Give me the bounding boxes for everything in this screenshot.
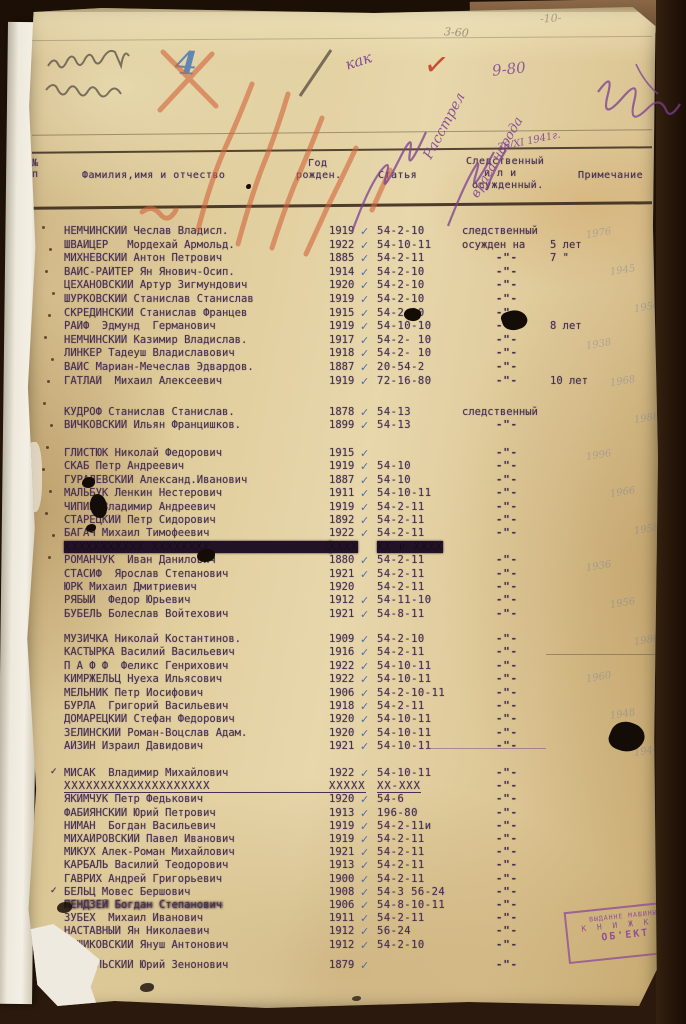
- row-status: следственный: [462, 406, 562, 418]
- table-row: МИКУХ Алек-Роман Михайлович1921✓54-2-11-…: [26, 846, 658, 859]
- table-row: МУЗИЧКА Николай Костантинов.1909✓54-2-10…: [26, 633, 658, 646]
- row-checkmark: ✓: [360, 807, 369, 820]
- row-birth-year: 1922: [329, 239, 354, 251]
- row-name: СКАБ Петр Андреевич: [64, 460, 332, 472]
- row-birth-year: 1906: [329, 687, 354, 699]
- row-article: 54-2-11: [377, 514, 425, 526]
- row-checkmark: ✓: [360, 633, 369, 646]
- row-article: 54-13: [377, 406, 411, 418]
- row-status: -"-: [462, 820, 596, 832]
- row-checkmark: ✓: [360, 700, 369, 713]
- row-article: 54-10-11: [377, 767, 432, 779]
- row-name: МИХНЕВСКИЙ Антон Петрович: [64, 252, 332, 264]
- table-row: ✓БЕЛЬЦ Мовес Бершович1908✓54-3 56-24-"-: [26, 886, 658, 899]
- table-row: КИМРЖЕЛЬЦ Нуеха Ильясович1922✓54-10-11-"…: [26, 673, 658, 686]
- row-status: -"-: [462, 608, 596, 620]
- row-checkmark: ✓: [360, 361, 369, 374]
- row-article: 54-2-10: [377, 266, 425, 278]
- archival-photo: № п Фамилия,имя и отчество Год рожден. С…: [0, 0, 686, 1024]
- table-row: НЕМЧИНСКИЙ Казимир Владислав.1917✓54-2- …: [26, 334, 658, 347]
- row-status: -"-: [462, 633, 596, 645]
- row-checkmark: ✓: [360, 886, 369, 899]
- row-article: 54-11-10: [377, 594, 432, 606]
- row-birth-year: 1922: [329, 673, 354, 685]
- margin-dot: [45, 512, 48, 515]
- row-article: 54-10-11: [377, 727, 432, 739]
- row-article: 54-2-11: [377, 700, 425, 712]
- table-row: БАГАЧ Михаил Тимофеевич1922✓54-2-11-"-: [26, 527, 658, 540]
- table-row: ФАБИЯНСКИЙ Юрий Петрович1913✓196-80-"-: [26, 807, 658, 820]
- table-row: СТАРЕЦКИЙ Петр Сидорович1892✓54-2-11-"-: [26, 514, 658, 527]
- row-name: КАСТЫРКА Василий Васильевич: [64, 646, 332, 658]
- row-birth-year: 1913: [329, 807, 354, 819]
- row-status: осужден на: [462, 239, 562, 251]
- row-article: 54-2-11: [377, 912, 425, 924]
- row-article: 54-2-11: [377, 527, 425, 539]
- purple-handwriting-number: 9-80: [491, 58, 526, 79]
- row-status: -"-: [462, 334, 596, 346]
- table-row: ЗЕЛИНСКИЙ Роман-Воцслав Адам.1920✓54-10-…: [26, 727, 658, 740]
- row-article: 54-2-10: [377, 225, 425, 237]
- row-birth-year: 1922: [329, 767, 354, 779]
- row-birth-year: 1921: [329, 568, 354, 580]
- row-status: -"-: [462, 673, 596, 685]
- row-checkmark: ✓: [360, 660, 369, 673]
- blue-pencil-number: 4: [174, 43, 199, 82]
- row-birth-year: 1916: [329, 646, 354, 658]
- row-name: ПЕНДЗЕЙ Богдан Степанович: [64, 899, 332, 911]
- row-article: 54-2- 10: [377, 347, 432, 359]
- table-row: НАСТАВНЫЙ Ян Николаевич1912✓56-24-"-: [26, 925, 658, 938]
- row-status: -"-: [462, 460, 596, 472]
- row-name: ШВАЙЦЕР Мордехай Армольд.: [64, 239, 332, 251]
- row-article: 54-10-11: [377, 660, 432, 672]
- table-row: ДИШИКОВСКИЙ Януш Антонович1912✓54-2-10-"…: [26, 939, 658, 952]
- table-row: ЛИНКЕР Тадеуш Владиславович1918✓54-2- 10…: [26, 347, 658, 360]
- row-article: 54-2-10-11: [377, 687, 445, 699]
- table-row: БУБЕЛЬ Болеслав Войтехович1921✓54-8-11-"…: [26, 608, 658, 621]
- table-row: ГАТЛАЙ Михаил Алексеевич1919✓72-16-80-"-…: [26, 375, 658, 388]
- row-name: КУДРОФ Станислав Станислав.: [64, 406, 332, 418]
- row-name: МИХАЙРОВСКИЙ Павел Иванович: [64, 833, 332, 845]
- margin-dot: [50, 424, 53, 427]
- row-name: ГАТЛАЙ Михаил Алексеевич: [64, 375, 332, 387]
- row-name: БЕЛЬЦ Мовес Бершович: [64, 886, 332, 898]
- row-checkmark: ✓: [360, 740, 369, 753]
- row-status: -"-: [462, 307, 596, 319]
- row-name: ЗЕЛИНСКИЙ Роман-Воцслав Адам.: [64, 727, 332, 739]
- table-row: КАСТЫРКА Василий Васильевич1916✓54-2-11-…: [26, 646, 658, 659]
- table-row: ЯКИМЧУК Петр Федькович1920✓54-6-"-: [26, 793, 658, 806]
- table-row: СКРЕДИНСКИЙ Станислав Францев1915✓54-2-1…: [26, 307, 658, 320]
- ink-blot: [90, 494, 107, 518]
- row-article: 54-2-11и: [377, 820, 432, 832]
- row-article: 54-2-11: [377, 646, 425, 658]
- col-header-number: № п: [32, 158, 39, 180]
- row-name: НИМАН Богдан Васильевич: [64, 820, 332, 832]
- row-name: ЛИНКЕР Тадеуш Владиславович: [64, 347, 332, 359]
- row-checkmark: ✓: [360, 925, 369, 938]
- row-birth-year: 1918: [329, 700, 354, 712]
- row-status: -"-: [462, 527, 596, 539]
- table-row: ✓МИСАК Владимир Михайлович1922✓54-10-11-…: [26, 767, 658, 780]
- row-name: МЕЛЬНИК Петр Иосифович: [64, 687, 332, 699]
- row-birth-year: 1911: [329, 912, 354, 924]
- row-status: -"-: [462, 780, 596, 792]
- row-checkmark: ✓: [360, 820, 369, 833]
- row-checkmark: ✓: [360, 833, 369, 846]
- margin-dot: [48, 556, 51, 559]
- row-status: -"-: [462, 687, 596, 699]
- row-note: 7 ": [550, 252, 645, 264]
- row-birth-year: 1920: [329, 581, 354, 593]
- row-birth-year: 1912: [329, 594, 354, 606]
- table-row: КАРБАЛЬ Василий Теодорович1913✓54-2-11-"…: [26, 859, 658, 872]
- backdrop-right: [656, 0, 686, 1024]
- row-article: 54-2-11: [377, 568, 425, 580]
- row-name: МИСАК Владимир Михайлович: [64, 767, 332, 779]
- row-status: -"-: [462, 899, 596, 911]
- table-row: МАЛЬБУК Ленкин Нестерович1911✓54-10-11-"…: [26, 487, 658, 500]
- row-birth-year: ХХХХ: [329, 541, 358, 553]
- row-birth-year: 1899: [329, 419, 354, 431]
- row-article: 54-10-11: [377, 673, 432, 685]
- row-checkmark: ✓: [360, 347, 369, 360]
- row-checkmark: ✓: [360, 419, 369, 432]
- row-article: 54-10-11: [377, 487, 432, 499]
- pencil-line: [546, 654, 656, 655]
- table-row: П А Ф Ф Феликс Генрихович1922✓54-10-11-"…: [26, 660, 658, 673]
- row-checkmark: ✓: [360, 767, 369, 780]
- row-birth-year: 1887: [329, 474, 354, 486]
- row-article: 54-2-10: [377, 633, 425, 645]
- row-name: КАРБАЛЬ Василий Теодорович: [64, 859, 332, 871]
- row-article: 54-10-11: [377, 740, 432, 752]
- row-birth-year: 1913: [329, 859, 354, 871]
- row-checkmark: ✓: [360, 501, 369, 514]
- row-name: БУБЕЛЬ Болеслав Войтехович: [64, 608, 332, 620]
- row-status: -"-: [462, 474, 596, 486]
- purple-line: [426, 748, 546, 749]
- row-birth-year: 1922: [329, 660, 354, 672]
- margin-dot: [42, 468, 45, 471]
- table-row: ЮРК Михаил Дмитриевич192054-2-11-"-: [26, 581, 658, 594]
- row-name: РЯБЫЙ Федор Юрьевич: [64, 594, 332, 606]
- row-birth-year: 1920: [329, 793, 354, 805]
- row-status: -"-: [462, 594, 596, 606]
- row-status: -"-: [462, 886, 596, 898]
- row-birth-year: 1892: [329, 514, 354, 526]
- table-row: ШВАЙЦЕР Мордехай Армольд.1922✓54-10-11ос…: [26, 239, 658, 252]
- row-checkmark: ✓: [360, 375, 369, 388]
- table-row: ШУРКОВСКИЙ Станислав Станислав1919✓54-2-…: [26, 293, 658, 306]
- red-checkmark: ✓: [422, 46, 452, 84]
- table-row: РАЙФ Эдмунд Германович1919✓54-10-10-"-8 …: [26, 320, 658, 333]
- row-article: 54-8-11: [377, 608, 425, 620]
- row-article: 54-2-11: [377, 554, 425, 566]
- row-name: ЗУБЕХ Михаил Иванович: [64, 912, 332, 924]
- row-checkmark: ✓: [360, 447, 369, 460]
- table-row: КУДРОФ Станислав Станислав.1878✓54-13сле…: [26, 406, 658, 419]
- row-name: ХХХХХХХХХХХХХХХХХХХХ: [64, 780, 332, 793]
- margin-dot: [47, 380, 50, 383]
- row-status: -"-: [462, 873, 596, 885]
- row-birth-year: 1919: [329, 460, 354, 472]
- row-article: 54-2-10: [377, 279, 425, 291]
- row-checkmark: ✓: [360, 594, 369, 607]
- row-name: СТАСИФ Ярослав Степанович: [64, 568, 332, 580]
- margin-dot: [44, 336, 47, 339]
- row-checkmark: ✓: [360, 959, 369, 972]
- row-status: -"-: [462, 727, 596, 739]
- table-row: РЯБЫЙ Федор Юрьевич1912✓54-11-10-"-: [26, 594, 658, 607]
- row-article: 54-10: [377, 460, 411, 472]
- row-precheck: ✓: [50, 767, 58, 777]
- table-row: ВАЙС-РАЙТЕР Ян Янович-Осип.1914✓54-2-10-…: [26, 266, 658, 279]
- row-birth-year: 1915: [329, 447, 354, 459]
- row-status: -"-: [462, 859, 596, 871]
- row-name: ЯКИМЧУК Петр Федькович: [64, 793, 332, 805]
- row-checkmark: ✓: [360, 239, 369, 252]
- row-checkmark: ✓: [360, 873, 369, 886]
- row-checkmark: ✓: [360, 487, 369, 500]
- margin-dot: [46, 446, 49, 449]
- row-name: ЮРК Михаил Дмитриевич: [64, 581, 332, 593]
- pencil-note-2: -10-: [540, 11, 562, 25]
- table-row: ПЕНДЗЕЙ Богдан Степанович1906✓54-8-10-11…: [26, 899, 658, 912]
- row-status: -"-: [462, 293, 596, 305]
- row-birth-year: 1919: [329, 225, 354, 237]
- row-article: 54-10-11: [377, 239, 432, 251]
- table-row: МИХАЙРОВСКИЙ Павел Иванович1919✓54-2-11-…: [26, 833, 658, 846]
- table-row: БУРЛА Григорий Васильевич1918✓54-2-11-"-: [26, 700, 658, 713]
- row-birth-year: 1912: [329, 939, 354, 951]
- row-birth-year: 1919: [329, 320, 354, 332]
- row-checkmark: ✓: [360, 527, 369, 540]
- row-status: -"-: [462, 807, 596, 819]
- row-name: ФАБИЯНСКИЙ Юрий Петрович: [64, 807, 332, 819]
- row-name: ВАЙС Мариан-Мечеслав Эдвардов.: [64, 361, 332, 373]
- row-checkmark: ✓: [360, 334, 369, 347]
- row-birth-year: 1915: [329, 307, 354, 319]
- row-name: СТРЖЕЛЬСКИЙ Юрий Зенонович: [64, 959, 332, 971]
- row-birth-year: 1919: [329, 501, 354, 513]
- row-name: ЦЕХАНОВСКИЙ Артур Зигмундович: [64, 279, 332, 291]
- row-birth-year: 1922: [329, 527, 354, 539]
- row-status: -"-: [462, 793, 596, 805]
- col-header-article: Статья: [378, 170, 417, 181]
- row-status: -"-: [462, 266, 596, 278]
- row-article: 54-3 56-24: [377, 886, 445, 898]
- row-status: -"-: [462, 487, 596, 499]
- row-birth-year: 1919: [329, 820, 354, 832]
- row-name: ГАВРИХ Андрей Григорьевич: [64, 873, 332, 885]
- table-row: ЦЕХАНОВСКИЙ Артур Зигмундович1920✓54-2-1…: [26, 279, 658, 292]
- row-name: ХХХХХХХХХХХ ХХХХХХХХ: [64, 541, 332, 553]
- row-birth-year: 1908: [329, 886, 354, 898]
- margin-dot: [42, 226, 45, 229]
- row-name: ГЛИСТЮК Николай Федорович: [64, 447, 332, 459]
- table-row: ЧИПИК Владимир Андреевич1919✓54-2-11-"-: [26, 501, 658, 514]
- row-checkmark: ✓: [360, 474, 369, 487]
- row-checkmark: ✓: [360, 460, 369, 473]
- row-birth-year: 1878: [329, 406, 354, 418]
- row-name: НАСТАВНЫЙ Ян Николаевич: [64, 925, 332, 937]
- row-name: КИМРЖЕЛЬЦ Нуеха Ильясович: [64, 673, 332, 685]
- row-birth-year: 1909: [329, 633, 354, 645]
- row-precheck: ✓: [50, 886, 58, 896]
- row-checkmark: ✓: [360, 608, 369, 621]
- row-status: следственный: [462, 225, 562, 237]
- row-birth-year: 1919: [329, 833, 354, 845]
- document-page: № п Фамилия,имя и отчество Год рожден. С…: [26, 6, 658, 1010]
- row-checkmark: ✓: [360, 252, 369, 265]
- row-article: 54-10-11: [377, 713, 432, 725]
- row-status: -"-: [462, 279, 596, 291]
- row-name: НЕМЧИНСКИЙ Казимир Владислав.: [64, 334, 332, 346]
- row-birth-year: 1917: [329, 334, 354, 346]
- row-article: 54-13: [377, 419, 411, 431]
- row-checkmark: ✓: [360, 912, 369, 925]
- row-checkmark: ✓: [360, 225, 369, 238]
- row-status: -"-: [462, 419, 596, 431]
- row-checkmark: ✓: [360, 320, 369, 333]
- row-status: -"-: [462, 554, 596, 566]
- row-status: -"-: [462, 361, 596, 373]
- row-status: -"-: [462, 767, 596, 779]
- col-header-note: Примечание: [578, 170, 643, 181]
- row-article: 54-2-11: [377, 859, 425, 871]
- row-article: 54-2- 10: [377, 334, 432, 346]
- row-birth-year: 1919: [329, 375, 354, 387]
- row-note: 8 лет: [550, 320, 645, 332]
- row-birth-year: 1920: [329, 713, 354, 725]
- row-birth-year: 1921: [329, 608, 354, 620]
- table-row: ВИЧКОВСКИЙ Ильян Францишков.1899✓54-13-"…: [26, 419, 658, 432]
- table-row: ГЛИСТЮК Николай Федорович1915✓-"-: [26, 447, 658, 460]
- header-rule-bottom: [32, 201, 652, 209]
- row-birth-year: ХХХХХ: [329, 780, 366, 793]
- row-name: ШУРКОВСКИЙ Станислав Станислав: [64, 293, 332, 305]
- row-checkmark: ✓: [360, 727, 369, 740]
- row-name: СКРЕДИНСКИЙ Станислав Францев: [64, 307, 332, 319]
- row-name: РАЙФ Эдмунд Германович: [64, 320, 332, 332]
- row-article: 196-80: [377, 807, 418, 819]
- row-status: -"-: [462, 846, 596, 858]
- row-article: 54-2-11: [377, 833, 425, 845]
- row-status: -"-: [462, 501, 596, 513]
- row-name: АЙЗИН Израил Давидович: [64, 740, 332, 752]
- row-checkmark: ✓: [360, 307, 369, 320]
- pencil-note-1: 3-60: [444, 25, 470, 40]
- table-row: СКАБ Петр Андреевич1919✓54-10-"-: [26, 460, 658, 473]
- row-birth-year: 1879: [329, 959, 354, 971]
- row-checkmark: ✓: [360, 554, 369, 567]
- table-row: НИМАН Богдан Васильевич1919✓54-2-11и-"-: [26, 820, 658, 833]
- row-article: 54-2-11: [377, 846, 425, 858]
- table-row: МИХНЕВСКИЙ Антон Петрович1885✓54-2-11-"-…: [26, 252, 658, 265]
- row-checkmark: ✓: [360, 846, 369, 859]
- row-birth-year: 1920: [329, 279, 354, 291]
- table-row: АЙЗИН Израил Давидович1921✓54-10-11-"-: [26, 740, 658, 753]
- margin-dot: [52, 534, 55, 537]
- col-header-name: Фамилия,имя и отчество: [82, 170, 225, 181]
- row-article: 54-10: [377, 474, 411, 486]
- row-article: 54-8-10-11: [377, 899, 445, 911]
- row-name: ДИШИКОВСКИЙ Януш Антонович: [64, 939, 332, 951]
- row-name: МУЗИЧКА Николай Костантинов.: [64, 633, 332, 645]
- row-checkmark: ✓: [360, 713, 369, 726]
- row-name: ДОМАРЕЦКИЙ Стефан Федорович: [64, 713, 332, 725]
- row-article: 54-2-11: [377, 501, 425, 513]
- row-birth-year: 1885: [329, 252, 354, 264]
- row-note: 5 лет: [550, 239, 645, 251]
- row-status: -"-: [462, 740, 596, 752]
- row-checkmark: ✓: [360, 793, 369, 806]
- row-name: БАГАЧ Михаил Тимофеевич: [64, 527, 332, 539]
- row-birth-year: 1921: [329, 740, 354, 752]
- margin-dot: [49, 248, 52, 251]
- row-article: 54-2-11: [377, 873, 425, 885]
- row-checkmark: ✓: [360, 514, 369, 527]
- row-birth-year: 1880: [329, 554, 354, 566]
- table-row: СТРЖЕЛЬСКИЙ Юрий Зенонович1879✓-"-: [26, 959, 658, 972]
- table-row: НЕМЧИНСКИЙ Чеслав Владисл.1919✓54-2-10сл…: [26, 225, 658, 238]
- row-article: 72-16-80: [377, 375, 432, 387]
- row-article: 54-2-10: [377, 293, 425, 305]
- row-checkmark: ✓: [360, 939, 369, 952]
- row-name: БУРЛА Григорий Васильевич: [64, 700, 332, 712]
- row-article: 20-54-2: [377, 361, 425, 373]
- margin-dot: [49, 490, 52, 493]
- row-status: -"-: [462, 833, 596, 845]
- margin-dot: [45, 270, 48, 273]
- row-checkmark: ✓: [360, 899, 369, 912]
- row-article: ХХ и ХХХХ: [377, 541, 443, 553]
- row-article: 54-6: [377, 793, 404, 805]
- row-name: НЕМЧИНСКИЙ Чеслав Владисл.: [64, 225, 332, 237]
- row-birth-year: 1912: [329, 925, 354, 937]
- row-checkmark: ✓: [360, 646, 369, 659]
- row-name: П А Ф Ф Феликс Генрихович: [64, 660, 332, 672]
- row-status: -"-: [462, 568, 596, 580]
- table-row: ХХХХХХХХХХХХХХХХХХХХХХХХХХХ-ХХХ-"-: [26, 780, 658, 793]
- table-row: ВАЙС Мариан-Мечеслав Эдвардов.1887✓20-54…: [26, 361, 658, 374]
- row-name: ВИЧКОВСКИЙ Ильян Францишков.: [64, 419, 332, 431]
- row-article: ХХ-ХХХ: [377, 780, 421, 793]
- row-status: -"-: [462, 347, 596, 359]
- table-row: ДОМАРЕЦКИЙ Стефан Федорович1920✓54-10-11…: [26, 713, 658, 726]
- row-checkmark: ✓: [360, 293, 369, 306]
- row-name: ГУРАЛЕВСКИЙ Александ.Иванович: [64, 474, 332, 486]
- table-row: РОМАНЧУК Иван Данилович1880✓54-2-11-"-: [26, 554, 658, 567]
- table-row: ГАВРИХ Андрей Григорьевич1900✓54-2-11-"-: [26, 873, 658, 886]
- row-checkmark: ✓: [360, 406, 369, 419]
- row-status: -"-: [462, 713, 596, 725]
- row-status: -"-: [462, 447, 596, 459]
- margin-dot: [52, 292, 55, 295]
- row-status: -"-: [462, 660, 596, 672]
- row-checkmark: ✓: [360, 266, 369, 279]
- row-article: 54-2-11: [377, 252, 425, 264]
- table-row: ХХХХХХХХХХХ ХХХХХХХХХХХХХХ и ХХХХ: [26, 541, 658, 554]
- row-birth-year: 1911: [329, 487, 354, 499]
- row-checkmark: ✓: [360, 673, 369, 686]
- row-birth-year: 1921: [329, 846, 354, 858]
- row-birth-year: 1906: [329, 899, 354, 911]
- table-row: СТАСИФ Ярослав Степанович1921✓54-2-11-"-: [26, 568, 658, 581]
- row-article: 56-24: [377, 925, 411, 937]
